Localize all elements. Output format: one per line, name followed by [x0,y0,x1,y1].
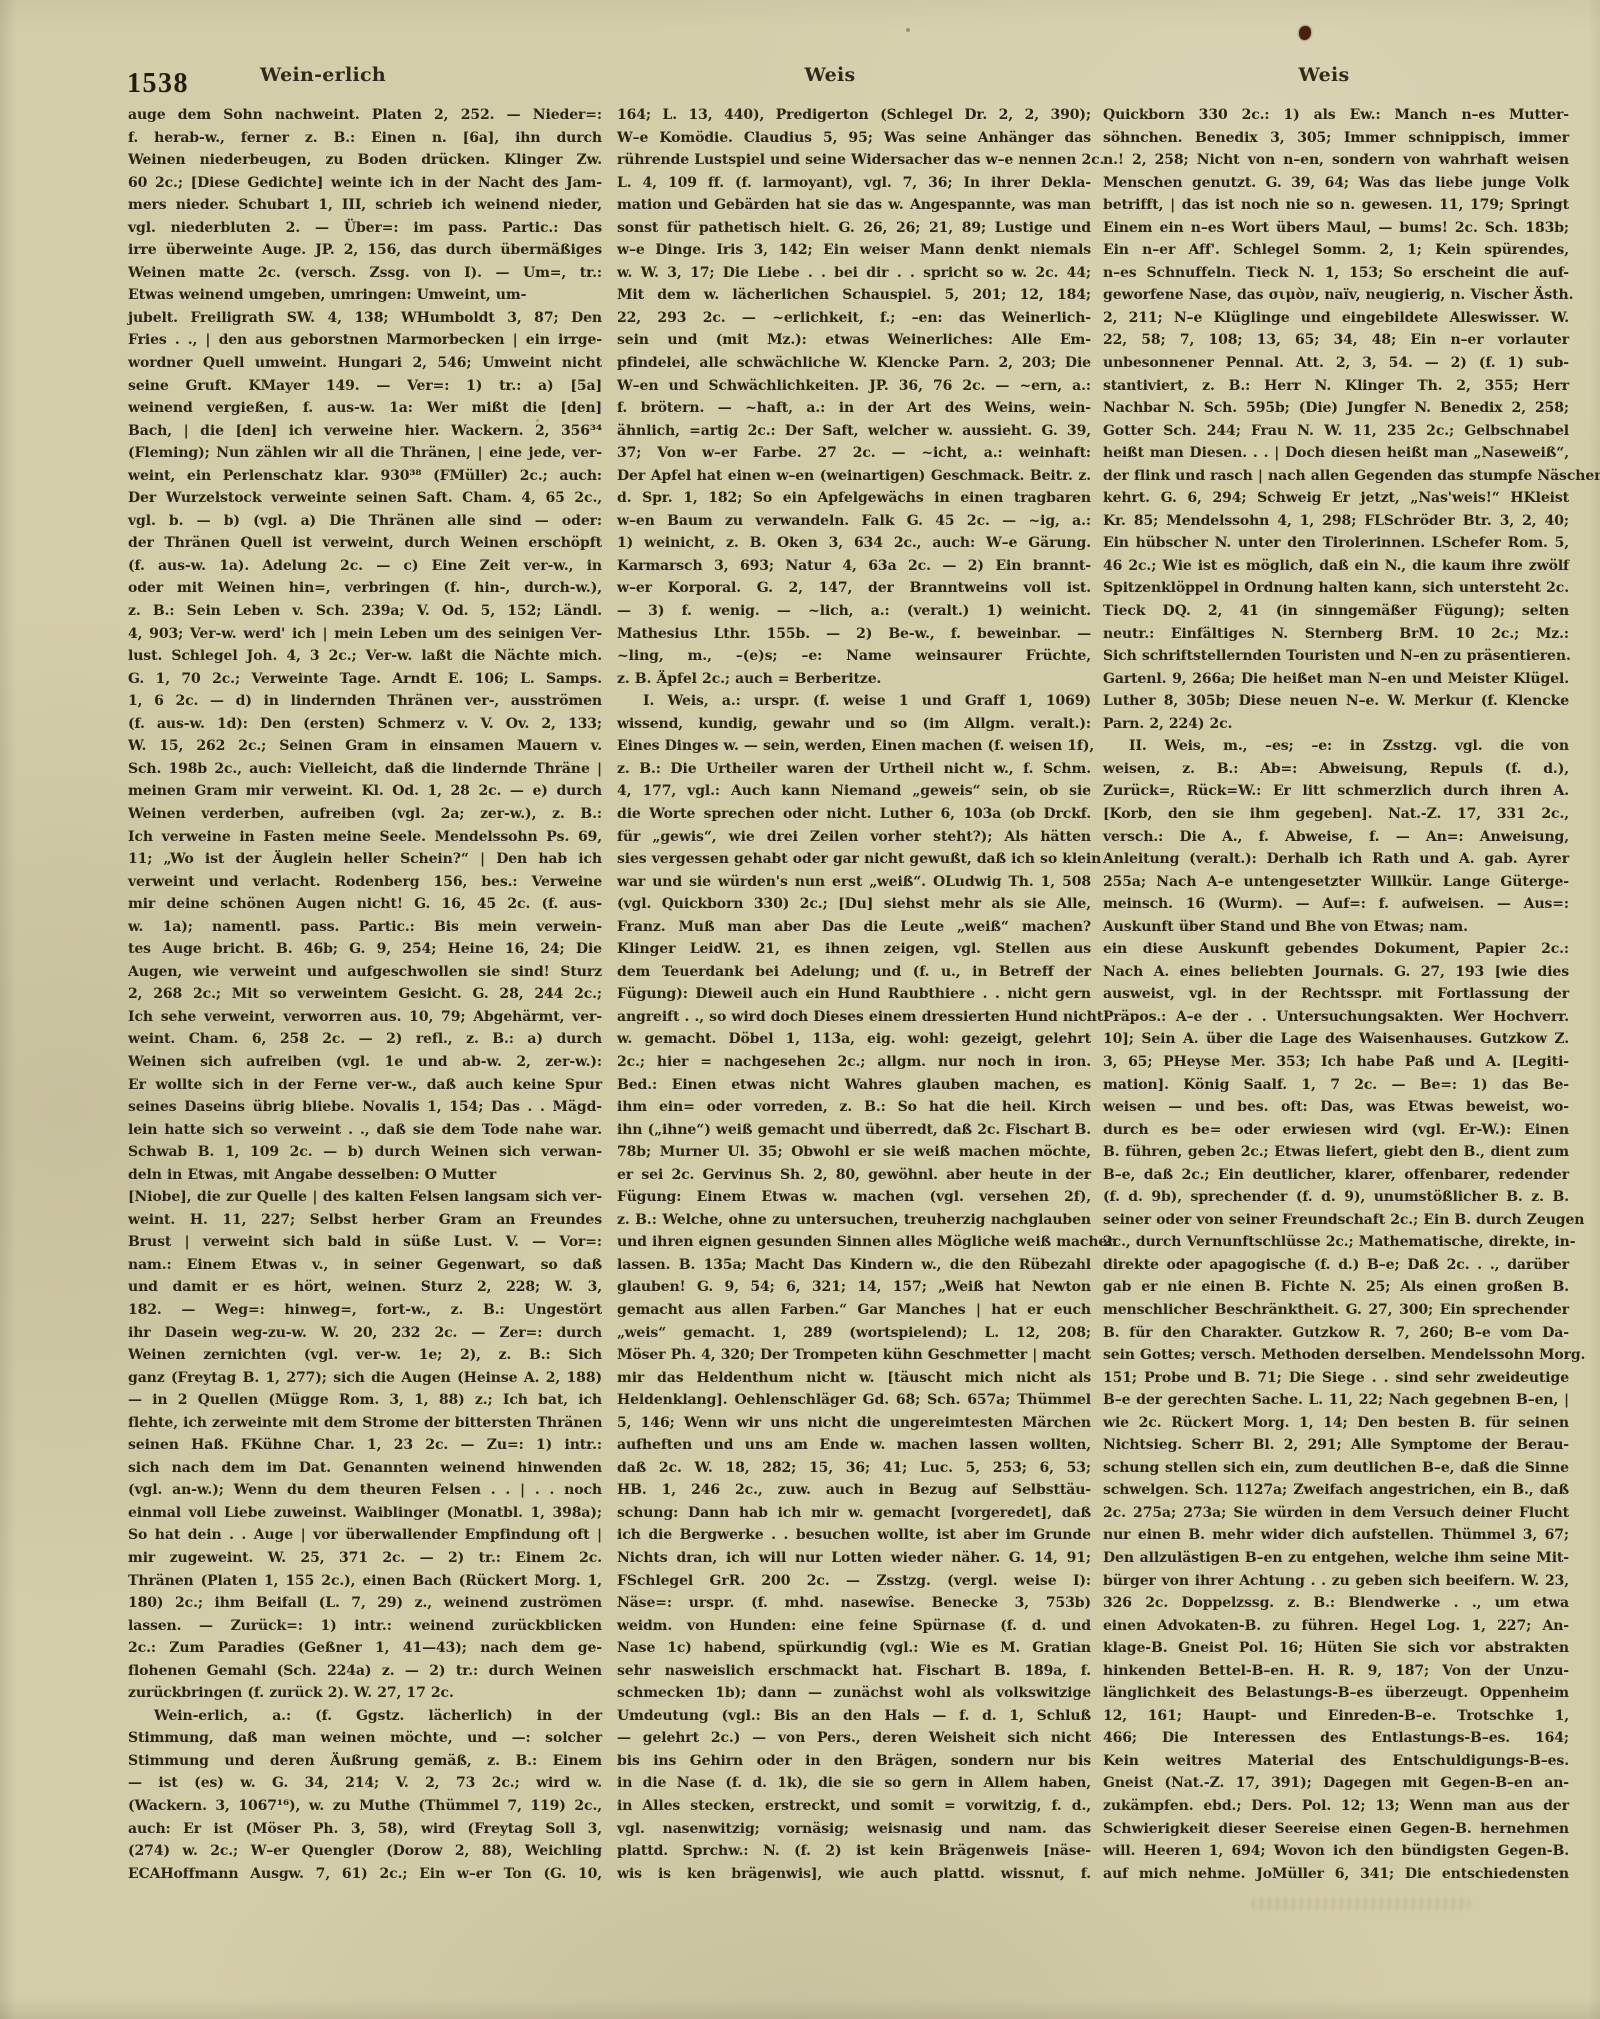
text-line: Möser Ph. 4, 320; Der Trompeten kühn Ges… [617,1344,1091,1367]
text-line: Etwas weinend umgeben, umringen: Umweint… [128,284,602,307]
text-line: (f. d. 9b), sprechender (f. d. 9), unums… [1103,1186,1569,1209]
text-line: Der Apfel hat einen w–en (weinartigen) G… [617,465,1091,488]
text-line: Umdeutung (vgl.: Bis an den Hals — f. d.… [617,1705,1091,1728]
text-line: war und sie würden's nun erst „weiß“. OL… [617,871,1091,894]
text-line: Weinen niederbeugen, zu Boden drücken. K… [128,149,602,172]
text-line: Augen, wie verweint und aufgeschwollen s… [128,961,602,984]
text-line: einen Advokaten-B. zu führen. Hegel Log.… [1103,1615,1569,1638]
text-line: bürger von ihrer Achtung . . zu geben si… [1103,1570,1569,1593]
text-line: Menschen genutzt. G. 39, 64; Was das lie… [1103,172,1569,195]
text-line: schung stellen sich ein, zum deutlichen … [1103,1457,1569,1480]
text-line: auge dem Sohn nachweint. Platen 2, 252. … [128,104,602,127]
text-line: Ein n–er Aff'. Schlegel Somm. 2, 1; Kein… [1103,239,1569,262]
text-line: HB. 1, 246 2c., zuw. auch in Bezug auf S… [617,1479,1091,1502]
text-line: Thränen (Platen 1, 155 2c.), einen Bach … [128,1570,602,1593]
text-line: 3, 65; PHeyse Mer. 353; Ich habe Paß und… [1103,1051,1569,1074]
dust-speck [536,419,539,422]
text-line: weint. H. 11, 227; Selbst herber Gram an… [128,1209,602,1232]
text-line: meinsch. 16 (Wurm). — Auf=: f. aufweisen… [1103,893,1569,916]
text-line: wordner Quell umweint. Hungari 2, 546; U… [128,352,602,375]
text-line: er sei 2c. Gervinus Sh. 2, 80, gewöhnl. … [617,1164,1091,1187]
text-line: Parn. 2, 224) 2c. [1103,713,1569,736]
text-line: in die Nase (f. d. 1k), die sie so gern … [617,1772,1091,1795]
text-line: FSchlegel GrR. 200 2c. — Zsstzg. (vergl.… [617,1570,1091,1593]
text-line: (f. aus-w. 1d): Den (ersten) Schmerz v. … [128,713,602,736]
text-line: rührende Lustspiel und seine Widersacher… [617,149,1091,172]
text-line: z. B.: Die Urtheiler waren der Urtheil n… [617,758,1091,781]
text-line: weisen, z. B.: Ab=: Abweisung, Repuls (f… [1103,758,1569,781]
text-line: [Korb, den sie ihm gegeben]. Nat.-Z. 17,… [1103,803,1569,826]
text-line: 5, 146; Wenn wir uns nicht die ungereimt… [617,1412,1091,1435]
text-line: Fügung): Dieweil auch ein Hund Raubthier… [617,983,1091,1006]
text-line: Brust | verweint sich bald in süße Lust.… [128,1231,602,1254]
text-line: weint. Cham. 6, 258 2c. — 2) refl., z. B… [128,1028,602,1051]
text-line: nur einen B. mehr wider dich aufstellen.… [1103,1524,1569,1547]
text-line: flohenen Gemahl (Sch. 224a) z. — 2) tr.:… [128,1660,602,1683]
text-line: ihn („ihne“) weiß gemacht und überredt, … [617,1119,1091,1142]
text-line: w–e Dinge. Iris 3, 142; Ein weiser Mann … [617,239,1091,262]
text-line: 10]; Sein A. über die Lage des Waisenhau… [1103,1028,1569,1051]
text-line: 182. — Weg=: hinweg=, fort-w., z. B.: Un… [128,1299,602,1322]
text-line: seiner oder von seiner Freundschaft 2c.;… [1103,1209,1569,1232]
text-line: ich die Bergwerke . . besuchen wollte, i… [617,1524,1091,1547]
text-line: 2, 268 2c.; Mit so verweintem Gesicht. G… [128,983,602,1006]
text-line: unbesonnener Pennal. Att. 2, 3, 54. — 2)… [1103,352,1569,375]
text-line: 4, 177, vgl.: Auch kann Niemand „geweis“… [617,780,1091,803]
text-line: Ich sehe verweint, verworren aus. 10, 79… [128,1006,602,1029]
text-line: will. Heeren 1, 694; Wovon ich den bündi… [1103,1840,1569,1863]
text-line: hinkenden Bettel-B–en. H. R. 9, 187; Von… [1103,1660,1569,1683]
text-line: mir deine schönen Augen nicht! G. 16, 45… [128,893,602,916]
text-line: Sch. 198b 2c., auch: Vielleicht, daß die… [128,758,602,781]
text-line: 2c. 275a; 273a; Sie würden in dem Versuc… [1103,1502,1569,1525]
text-line: B–e der gerechten Sache. L. 11, 22; Nach… [1103,1389,1569,1412]
text-line: sehr nasweislich erschmackt hat. Fischar… [617,1660,1091,1683]
text-line: nam.: Einem Etwas v., in seiner Gegenwar… [128,1254,602,1277]
text-line: „weis“ gemacht. 1, 289 (wortspielend); L… [617,1322,1091,1345]
text-line: ihr Dasein weg-zu-w. W. 20, 232 2c. — Ze… [128,1322,602,1345]
text-line: sich nach dem im Dat. Genannten weinend … [128,1457,602,1480]
text-line: Bed.: Einen etwas nicht Wahres glauben m… [617,1074,1091,1097]
text-line: 1, 6 2c. — d) in lindernden Thränen ver-… [128,690,602,713]
text-line: Gotter Sch. 244; Frau N. W. 11, 235 2c.;… [1103,420,1569,443]
text-line: wissend, kundig, gewahr und so (im Allgm… [617,713,1091,736]
text-line: 22, 293 2c. — ~erlichkeit, f.; –en: das … [617,307,1091,330]
text-line: f. herab-w., ferner z. B.: Einen n. [6a]… [128,127,602,150]
text-line: Er wollte sich in der Ferne ver-w., daß … [128,1074,602,1097]
text-line: (274) w. 2c.; W–er Quengler (Dorow 2, 88… [128,1840,602,1863]
text-line: durch es be= oder erwiesen wird (vgl. Er… [1103,1119,1569,1142]
text-line: ganz (Freytag B. 1, 277); sich die Augen… [128,1367,602,1390]
text-line: oder mit Weinen hin=, verbringen (f. hin… [128,577,602,600]
text-line: neutr.: Einfältiges N. Sternberg BrM. 10… [1103,623,1569,646]
text-line: Anleitung (veralt.): Derhalb ich Rath un… [1103,848,1569,871]
text-line: mers nieder. Schubart 1, III, schrieb ic… [128,194,602,217]
text-line: 466; Die Interessen des Entlastungs-B–es… [1103,1727,1569,1750]
text-line: (Wackern. 3, 1067¹⁶), w. zu Muthe (Thümm… [128,1795,602,1818]
text-line: Kr. 85; Mendelssohn 4, 1, 298; FLSchröde… [1103,510,1569,533]
text-line: Den allzulästigen B–en zu entgehen, welc… [1103,1547,1569,1570]
text-line: W–e Komödie. Claudius 5, 95; Was seine A… [617,127,1091,150]
text-line: W–en und Schwächlichkeiten. JP. 36, 76 2… [617,375,1091,398]
text-line: — ist (es) w. G. 34, 214; V. 2, 73 2c.; … [128,1772,602,1795]
running-head-right: Weis [1299,64,1350,86]
text-line: Nase 1c) habend, spürkundig (vgl.: Wie e… [617,1637,1091,1660]
text-line: 326 2c. Doppelzssg. z. B.: Blendwerke . … [1103,1592,1569,1615]
text-line: ähnlich, =artig 2c.: Der Saft, welcher w… [617,420,1091,443]
text-line: Quickborn 330 2c.: 1) als Ew.: Manch n–e… [1103,104,1569,127]
text-line: d. Spr. 1, 182; So ein Apfelgewächs in e… [617,487,1091,510]
text-line: Eines Dinges w. — sein, werden, Einen ma… [617,735,1091,758]
text-line: Der Wurzelstock verweinte seinen Saft. C… [128,487,602,510]
text-line: seine Gruft. KMayer 149. — Ver=: 1) tr.:… [128,375,602,398]
text-line: f. brötern. — ~haft, a.: in der Art des … [617,397,1091,420]
text-line: irre überweinte Auge. JP. 2, 156, das du… [128,239,602,262]
text-line: die Worte sprechen oder nicht. Luther 6,… [617,803,1091,826]
text-line: weinend vergießen, f. aus-w. 1a: Wer miß… [128,397,602,420]
text-line: z. B.: Sein Leben v. Sch. 239a; V. Od. 5… [128,600,602,623]
text-line: einmal voll Liebe zuweinst. Waiblinger (… [128,1502,602,1525]
text-line: w–er Korporal. G. 2, 147, der Branntwein… [617,577,1091,600]
text-line: Weinen matte 2c. (versch. Zssg. von I). … [128,262,602,285]
text-line: mir das Heldenthum nicht w. [täuscht mic… [617,1367,1091,1390]
text-line: menschlicher Beschränktheit. G. 27, 300;… [1103,1299,1569,1322]
text-line: 2c.: Zum Paradies (Geßner 1, 41—43); nac… [128,1637,602,1660]
text-line: 2c.; hier = nachgesehen 2c.; allgm. nur … [617,1051,1091,1074]
text-line: Klinger LeidW. 21, es ihnen zeigen, vgl.… [617,938,1091,961]
text-line: G. 1, 70 2c.; Verweinte Tage. Arndt E. 1… [128,668,602,691]
text-line: So hat dein . . Auge | vor überwallender… [128,1524,602,1547]
text-line: 60 2c.; [Diese Gedichte] weinte ich in d… [128,172,602,195]
text-line: Heldenklang]. Oehlenschläger Gd. 68; Sch… [617,1389,1091,1412]
text-line: angreift . ., so wird doch Dieses einem … [617,1006,1091,1029]
text-line: vgl. niederbluten 2. — Über=: im pass. P… [128,217,602,240]
text-line: Fügung: Einem Etwas w. machen (vgl. vers… [617,1186,1091,1209]
text-line: [Niobe], die zur Quelle | des kalten Fel… [128,1186,602,1209]
text-line: II. Weis, m., –es; –e: in Zsstzg. vgl. d… [1103,735,1569,758]
text-line: heißt man Diesen. . . | Doch diesen heiß… [1103,442,1569,465]
text-line: 164; L. 13, 440), Predigerton (Schlegel … [617,104,1091,127]
text-line: Franz. Muß man aber Das die Leute „weiß“… [617,916,1091,939]
text-line: für „gewis“, wie drei Zeilen vorher steh… [617,826,1091,849]
text-line: mation]. König Saalf. 1, 7 2c. — Be=: 1)… [1103,1074,1569,1097]
text-line: w. gemacht. Döbel 1, 113a, eig. wohl: ge… [617,1028,1091,1051]
text-line: seinen Haß. FKühne Char. 1, 23 2c. — Zu=… [128,1434,602,1457]
text-line: versch.: Die A., f. Abweise, f. — An=: A… [1103,826,1569,849]
text-line: Nach A. eines beliebten Journals. G. 27,… [1103,961,1569,984]
text-line: ein diese Auskunft gebendes Dokument, Pa… [1103,938,1569,961]
text-line: söhnchen. Benedix 3, 305; Immer schnippi… [1103,127,1569,150]
scanned-dictionary-page: 1538 Wein-erlich Weis Weis auge dem Sohn… [0,0,1600,2019]
text-line: 255a; Nach A–e untengesetzter Willkür. L… [1103,871,1569,894]
text-line: sies vergessen gehabt oder gar nicht gew… [617,848,1091,871]
text-line: z. B.: Welche, ohne zu untersuchen, treu… [617,1209,1091,1232]
text-line: geworfene Nase, das σιμὸν, naïv, neugier… [1103,284,1569,307]
text-line: ~ling, m., –(e)s; –e: Name weinsaurer Fr… [617,645,1091,668]
text-line: Ein hübscher N. unter den Tirolerinnen. … [1103,532,1569,555]
text-line: meinen Gram mir verweint. Kl. Od. 1, 28 … [128,780,602,803]
running-head-left: Wein-erlich [260,64,386,86]
text-line: und ihren eignen gesunden Sinnen alles M… [617,1231,1091,1254]
text-line: aufheften und uns am Ende w. machen lass… [617,1434,1091,1457]
text-line: 37; Von w–er Farbe. 27 2c. — ~icht, a.: … [617,442,1091,465]
text-line: w. W. 3, 17; Die Liebe . . bei dir . . s… [617,262,1091,285]
text-line: klage-B. Gneist Pol. 16; Hüten Sie sich … [1103,1637,1569,1660]
text-line: Ich verweine in Fasten meine Seele. Mend… [128,826,602,849]
text-line: w. 1a); namentl. pass. Partic.: Bis mein… [128,916,602,939]
text-line: Schwierigkeit dieser Seereise einen Gege… [1103,1818,1569,1841]
text-line: Gartenl. 9, 266a; Die heißet man N–en un… [1103,668,1569,691]
text-line: — 3) f. wenig. — ~lich, a.: (veralt.) 1)… [617,600,1091,623]
text-column-3: Quickborn 330 2c.: 1) als Ew.: Manch n–e… [1103,104,1569,1885]
text-line: 78b; Murner Ul. 35; Obwohl er sie weiß m… [617,1141,1091,1164]
text-line: — gelehrt 2c.) — von Pers., deren Weishe… [617,1727,1091,1750]
text-line: 46 2c.; Wie ist es möglich, daß ein N., … [1103,555,1569,578]
page-number: 1538 [127,68,189,100]
text-line: der flink und rasch | nach allen Gegende… [1103,465,1569,488]
text-line: schmecken 1b); dann — zunächst wohl als … [617,1682,1091,1705]
text-line: Näse=: urspr. (f. mhd. nasewîse. Benecke… [617,1592,1091,1615]
text-line: (vgl. an-w.); Wenn du dem theuren Felsen… [128,1479,602,1502]
text-line: 11; „Wo ist der Äuglein heller Schein?“ … [128,848,602,871]
text-line: (Fleming); Nun zählen wir all die Thräne… [128,442,602,465]
text-line: mation und Gebärden hat sie das w. Anges… [617,194,1091,217]
text-line: direkte oder apagogische (f. d.) B–e; Da… [1103,1254,1569,1277]
text-line: W. 15, 262 2c.; Seinen Gram in einsamen … [128,735,602,758]
text-line: Präpos.: A–e der . . Untersuchungsakten.… [1103,1006,1569,1029]
text-line: daß 2c. W. 18, 282; 15, 36; 41; Luc. 5, … [617,1457,1091,1480]
text-line: kehrt. G. 6, 294; Schweig Er jetzt, „Nas… [1103,487,1569,510]
text-line: Nachbar N. Sch. 595b; (Die) Jungfer N. B… [1103,397,1569,420]
text-line: n–es Schnuffeln. Tieck N. 1, 153; So ers… [1103,262,1569,285]
text-line: Weinen sich aufreiben (vgl. 1e und ab-w.… [128,1051,602,1074]
text-line: jubelt. Freiligrath SW. 4, 138; WHumbold… [128,307,602,330]
text-line: plattd. Sprchw.: N. (f. 2) ist kein Bräg… [617,1840,1091,1863]
text-line: Bach, | die [den] ich verweine hier. Wac… [128,420,602,443]
text-line: Stimmung und deren Äußrung gemäß, z. B.:… [128,1750,602,1773]
text-line: Weinen verderben, aufreiben (vgl. 2a; ze… [128,803,602,826]
text-line: z. B. Äpfel 2c.; auch = Berberitze. [617,668,1091,691]
text-line: auch: Er ist (Möser Ph. 3, 58), wird (Fr… [128,1818,602,1841]
text-line: Karmarsch 3, 693; Natur 4, 63a 2c. — 2) … [617,555,1091,578]
text-line: 12, 161; Haupt- und Einreden-B–e. Trotsc… [1103,1705,1569,1728]
text-line: Spitzenklöppel in Ordnung halten kann, s… [1103,577,1569,600]
text-line: Luther 8, 305b; Diese neuen N–e. W. Merk… [1103,690,1569,713]
text-line: lassen. — Zurück=: 1) intr.: weinend zur… [128,1615,602,1638]
text-line: lassen. B. 135a; Macht Das Kindern w., d… [617,1254,1091,1277]
running-head-center: Weis [805,64,856,86]
text-line: — in 2 Quellen (Mügge Rom. 3, 1, 88) z.;… [128,1389,602,1412]
text-line: vgl. b. — b) (vgl. a) Die Thränen alle s… [128,510,602,533]
text-line: Schwab B. 1, 109 2c. — b) durch Weinen s… [128,1141,602,1164]
text-line: 151; Probe und B. 71; Die Siege . . sind… [1103,1367,1569,1390]
text-line: deln in Etwas, mit Angabe desselben: O M… [128,1164,602,1187]
text-line: (vgl. Quickborn 330) 2c.; [Du] siehst me… [617,893,1091,916]
text-line: mir zugeweint. W. 25, 371 2c. — 2) tr.: … [128,1547,602,1570]
text-line: glauben! G. 9, 54; 6, 321; 14, 157; „Wei… [617,1276,1091,1299]
text-line: und damit er es hört, weinen. Sturz 2, 2… [128,1276,602,1299]
text-line: betrifft, | das ist noch nie so n. gewes… [1103,194,1569,217]
text-line: I. Weis, a.: urspr. (f. weise 1 und Graf… [617,690,1091,713]
text-line: 180) 2c.; ihm Beifall (L. 7, 29) z., wei… [128,1592,602,1615]
text-line: lein hatte sich so verweint . ., daß sie… [128,1119,602,1142]
text-line: 4, 903; Ver-w. werd' ich | mein Leben um… [128,623,602,646]
text-line: Nichtsieg. Scherr Bl. 2, 291; Alle Sympt… [1103,1434,1569,1457]
text-line: sein und (mit Mz.): etwas Weinerliches: … [617,329,1091,352]
text-line: länglichkeit des Belastungs-B–es überzeu… [1103,1682,1569,1705]
text-line: dem Teuerdank bei Adelung; und (f. u., i… [617,961,1091,984]
text-line: stantiviert, z. B.: Herr N. Klinger Th. … [1103,375,1569,398]
dust-speck [906,28,910,32]
text-line: ausweist, vgl. in der Rechtsspr. mit For… [1103,983,1569,1006]
text-line: B–e, daß 2c.; Ein deutlicher, klarer, of… [1103,1164,1569,1187]
text-line: weint, ein Perlenschatz klar. 930³⁸ (FMü… [128,465,602,488]
text-column-2: 164; L. 13, 440), Predigerton (Schlegel … [617,104,1091,1885]
text-line: Fries . ., | den aus geborstnen Marmorbe… [128,329,602,352]
text-line: seines Daseins übrig bliebe. Novalis 1, … [128,1096,602,1119]
text-line: B. führen, geben 2c.; Etwas liefert, gie… [1103,1141,1569,1164]
text-line: sonst für pathetisch hielt. G. 26, 26; 2… [617,217,1091,240]
text-line: wis is ken brägenwis], wie auch plattd. … [617,1863,1091,1886]
text-line: Mit dem w. lächerlichen Schauspiel. 5, 2… [617,284,1091,307]
text-line: w–en Baum zu verwandeln. Falk G. 45 2c. … [617,510,1091,533]
text-line: ECAHoffmann Ausgw. 7, 61) 2c.; Ein w–er … [128,1863,602,1886]
text-line: Auskunft über Stand und Bhe von Etwas; n… [1103,916,1569,939]
text-column-1: auge dem Sohn nachweint. Platen 2, 252. … [128,104,602,1885]
text-line: 22, 58; 7, 108; 13, 65; 34, 48; Ein n–er… [1103,329,1569,352]
text-line: auf mich nehme. JoMüller 6, 341; Die ent… [1103,1863,1569,1886]
text-line: sein Gottes; versch. Methoden derselben.… [1103,1344,1569,1367]
text-line: 2c., durch Vernunftschlüsse 2c.; Mathema… [1103,1231,1569,1254]
text-line: B. für den Charakter. Gutzkow R. 7, 260;… [1103,1322,1569,1345]
text-line: Wein-erlich, a.: (f. Ggstz. lächerlich) … [128,1705,602,1728]
text-line: flehte, ich zerweinte mit dem Strome der… [128,1412,602,1435]
text-line: Weinen zernichten (vgl. ver-w. 1e; 2), z… [128,1344,602,1367]
text-line: bis ins Gehirn oder in den Brägen, sonde… [617,1750,1091,1773]
text-line: Stimmung, daß man weinen möchte, und —: … [128,1727,602,1750]
text-line: vgl. nasenwitzig; vornäsig; weisnasig un… [617,1818,1091,1841]
text-line: L. 4, 109 ff. (f. larmoyant), vgl. 7, 36… [617,172,1091,195]
text-line: Kein weitres Material des Entschuldigung… [1103,1750,1569,1773]
text-line: Tieck DQ. 2, 41 (in sinngemäßer Fügung);… [1103,600,1569,623]
text-line: in Alles stecken, erstreckt, und somit =… [617,1795,1091,1818]
text-line: ihm ein= oder vorreden, z. B.: So hat di… [617,1096,1091,1119]
text-line: Mathesius Lthr. 155b. — 2) Be-w., f. bew… [617,623,1091,646]
text-line: Einem ein n–es Wort übers Maul, — bums! … [1103,217,1569,240]
text-line: Gneist (Nat.-Z. 17, 391); Dagegen mit Ge… [1103,1772,1569,1795]
text-line: (f. aus-w. 1a). Adelung 2c. — c) Eine Ze… [128,555,602,578]
text-line: gab er nie einen B. Fichte N. 25; Als ei… [1103,1276,1569,1299]
text-line: lust. Schlegel Joh. 4, 3 2c.; Ver-w. laß… [128,645,602,668]
text-line: Nichts dran, ich will nur Lotten wieder … [617,1547,1091,1570]
ink-spot [1299,26,1311,40]
text-line: 2, 211; N–e Klüglinge und eingebildete A… [1103,307,1569,330]
text-line: weidm. von Hunden: eine feine Spürnase (… [617,1615,1091,1638]
text-line: weisen — und bes. oft: Das, was Etwas be… [1103,1096,1569,1119]
show-through-smudge [1252,1898,1471,1910]
text-line: Sich schriftstellernden Touristen und N–… [1103,645,1569,668]
text-line: Zurück=, Rück=W.: Er litt schmerzlich du… [1103,780,1569,803]
text-line: der Thränen Quell ist verweint, durch We… [128,532,602,555]
text-line: schwelgen. Sch. 1127a; Zweifach angestri… [1103,1479,1569,1502]
text-line: zukämpfen. ebd.; Ders. Pol. 12; 13; Wenn… [1103,1795,1569,1818]
text-line: wie 2c. Rückert Morg. 1, 14; Den besten … [1103,1412,1569,1435]
text-line: verweint und verlacht. Rodenberg 156, be… [128,871,602,894]
text-line: 1) weinicht, z. B. Oken 3, 634 2c., auch… [617,532,1091,555]
text-line: zurückbringen (f. zurück 2). W. 27, 17 2… [128,1682,602,1705]
text-line: pfindelei, alle schwächliche W. Klencke … [617,352,1091,375]
text-line: n.! 2, 258; Nicht von n–en, sondern von … [1103,149,1569,172]
text-line: gemacht aus allen Farben.“ Gar Manches |… [617,1299,1091,1322]
text-line: tes Auge bricht. B. 46b; G. 9, 254; Hein… [128,938,602,961]
text-line: schung: Dann hab ich mir w. gemacht [vor… [617,1502,1091,1525]
